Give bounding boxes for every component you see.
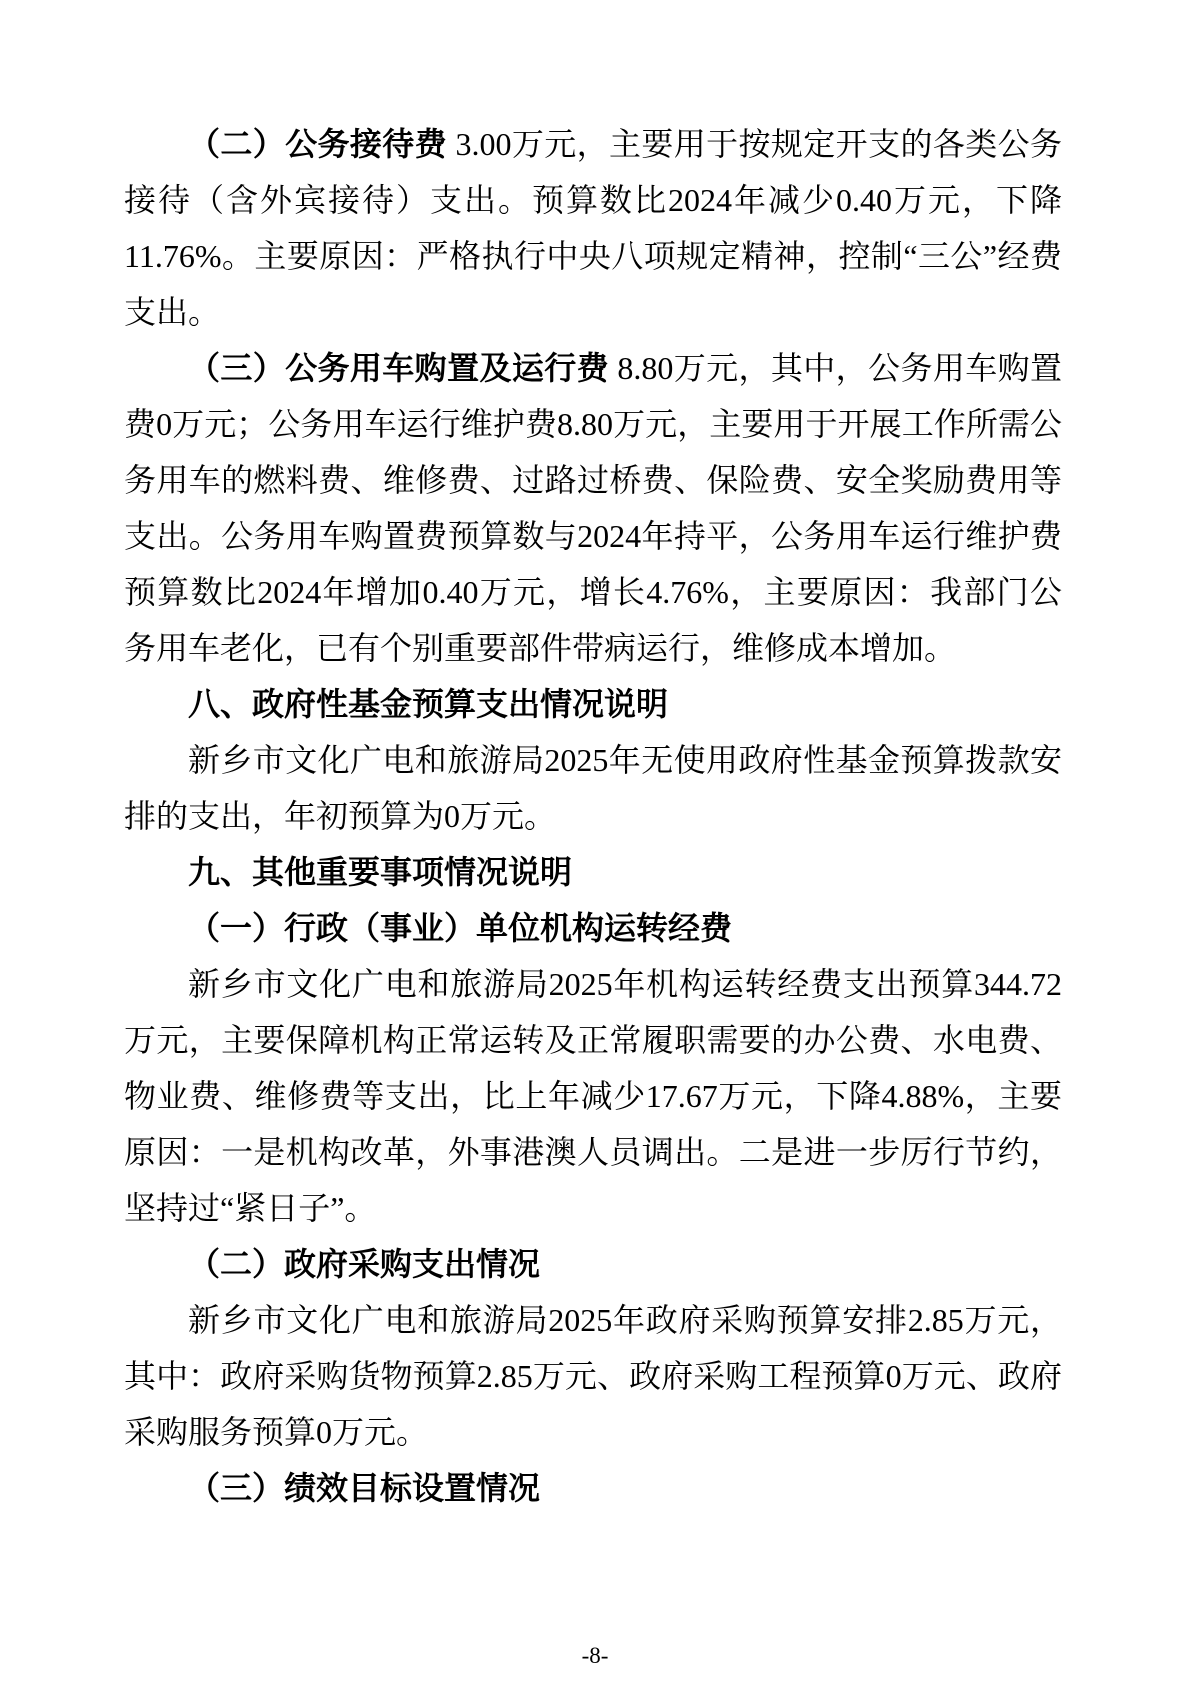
paragraph-agency-operating-cost: 新乡市文化广电和旅游局2025年机构运转经费支出预算344.72万元，主要保障机… [124,956,1062,1236]
paragraph-gov-procurement: 新乡市文化广电和旅游局2025年政府采购预算安排2.85万元，其中：政府采购货物… [124,1292,1062,1460]
heading-performance-targets: （三）绩效目标设置情况 [124,1460,1062,1516]
heading-other-important-items: 九、其他重要事项情况说明 [124,844,1062,900]
paragraph-official-vehicle-fee: （三）公务用车购置及运行费 8.80万元，其中，公务用车购置费0万元；公务用车运… [124,340,1062,676]
paragraph-gov-fund-budget: 新乡市文化广电和旅游局2025年无使用政府性基金预算拨款安排的支出，年初预算为0… [124,732,1062,844]
heading-agency-operating-cost: （一）行政（事业）单位机构运转经费 [124,900,1062,956]
official-reception-fee-lead: （二）公务接待费 [188,126,447,162]
budget-document-page: （二）公务接待费 3.00万元，主要用于按规定开支的各类公务接待（含外宾接待）支… [0,0,1190,1684]
heading-gov-fund-budget: 八、政府性基金预算支出情况说明 [124,676,1062,732]
page-number: -8- [0,1642,1190,1670]
paragraph-official-reception-fee: （二）公务接待费 3.00万元，主要用于按规定开支的各类公务接待（含外宾接待）支… [124,116,1062,340]
official-vehicle-fee-text: 8.80万元，其中，公务用车购置费0万元；公务用车运行维护费8.80万元，主要用… [124,350,1062,666]
heading-gov-procurement: （二）政府采购支出情况 [124,1236,1062,1292]
official-vehicle-fee-lead: （三）公务用车购置及运行费 [188,350,609,386]
